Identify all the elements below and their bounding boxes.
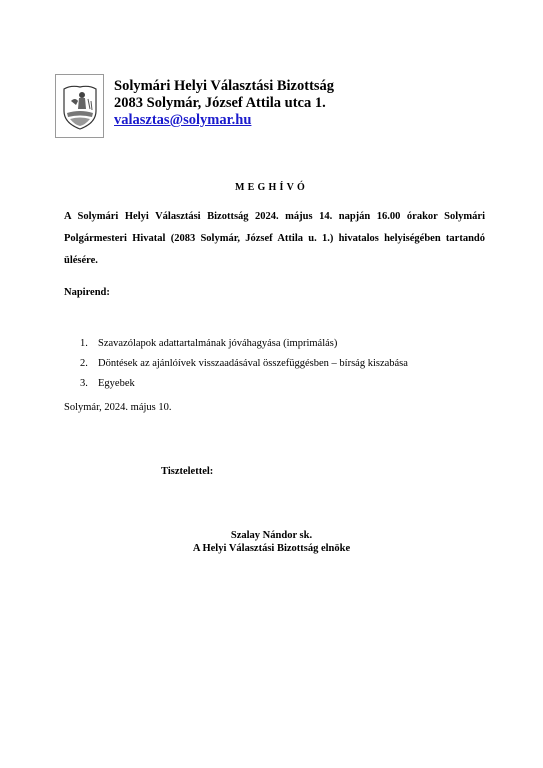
signer-name: Szalay Nándor sk. [0,529,543,542]
signer-title: A Helyi Választási Bizottság elnöke [0,542,543,555]
agenda-heading: Napirend: [64,287,110,298]
agenda-item: 2. Döntések az ajánlóívek visszaadásával… [80,354,408,374]
agenda-item-text: Szavazólapok adattartalmának jóváhagyása… [98,338,337,349]
greeting: Tisztelettel: [161,466,213,477]
agenda-item-number: 1. [80,334,88,354]
invitation-text: A Solymári Helyi Választási Bizottság 20… [64,206,485,272]
organization-address: 2083 Solymár, József Attila utca 1. [114,95,334,112]
logo [55,74,104,138]
agenda-item: 3. Egyebek [80,374,408,394]
signature-block: Szalay Nándor sk. A Helyi Választási Biz… [0,529,543,555]
agenda-list: 1. Szavazólapok adattartalmának jóváhagy… [80,334,408,394]
document-title: MEGHÍVÓ [0,182,543,193]
letterhead: Solymári Helyi Választási Bizottság 2083… [114,78,334,129]
agenda-item-number: 2. [80,354,88,374]
email-link[interactable]: valasztas@solymar.hu [114,112,251,128]
date-line: Solymár, 2024. május 10. [64,402,172,413]
agenda-item-text: Döntések az ajánlóívek visszaadásával ös… [98,358,408,369]
agenda-item-text: Egyebek [98,378,135,389]
agenda-item-number: 3. [80,374,88,394]
organization-name: Solymári Helyi Választási Bizottság [114,78,334,95]
coat-of-arms-icon [61,83,99,131]
agenda-item: 1. Szavazólapok adattartalmának jóváhagy… [80,334,408,354]
